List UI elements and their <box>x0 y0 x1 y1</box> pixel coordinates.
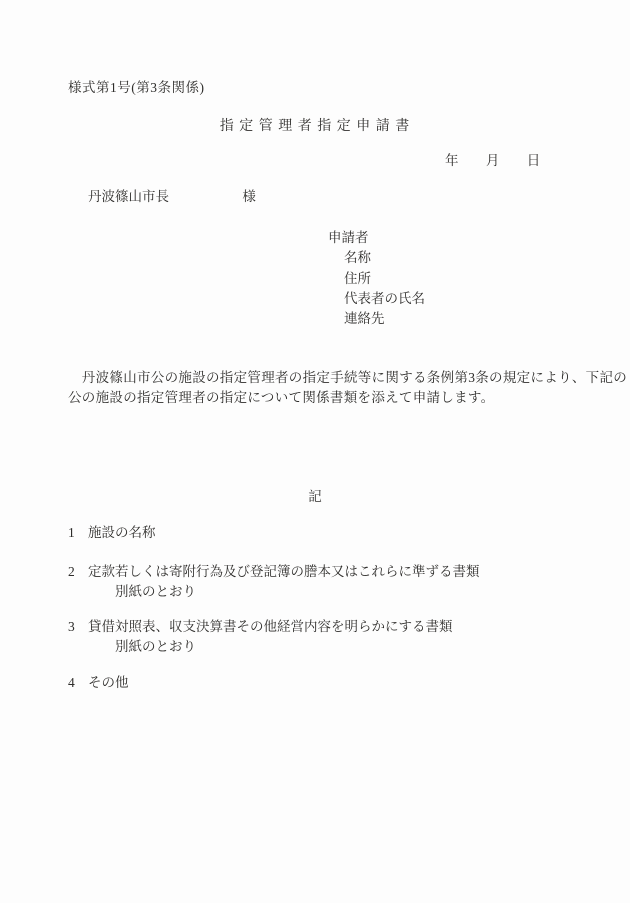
applicant-block: 申請者 名称 住所 代表者の氏名 連絡先 <box>328 228 425 329</box>
date-year-label: 年 <box>445 153 459 168</box>
applicant-field-contact: 連絡先 <box>344 309 425 329</box>
date-month-label: 月 <box>486 153 500 168</box>
applicant-field-name: 名称 <box>344 248 425 268</box>
item-list: 1施設の名称 2定款若しくは寄附行為及び登記簿の謄本又はこれらに準ずる書類 別紙… <box>68 523 578 693</box>
addressee-name: 丹波篠山市長 <box>88 189 169 204</box>
addressee-line: 丹波篠山市長 様 <box>88 188 256 206</box>
list-item-3-number: 3 <box>68 617 88 637</box>
document-page: 様式第1号(第3条関係) 指 定 管 理 者 指 定 申 請 書 年 月 日 丹… <box>0 0 630 903</box>
document-title: 指 定 管 理 者 指 定 申 請 書 <box>0 118 630 136</box>
list-item-2-subnote: 別紙のとおり <box>68 582 578 602</box>
list-item-2-line: 2定款若しくは寄附行為及び登記簿の謄本又はこれらに準ずる書類 <box>68 562 578 582</box>
body-paragraph-line-2: 公の施設の指定管理者の指定について関係書類を添えて申請します。 <box>68 388 578 408</box>
list-item-4-text: その他 <box>88 675 129 690</box>
list-item-2: 2定款若しくは寄附行為及び登記簿の謄本又はこれらに準ずる書類 別紙のとおり <box>68 562 578 602</box>
applicant-field-address: 住所 <box>344 269 425 289</box>
list-item-3-line: 3貸借対照表、収支決算書その他経営内容を明らかにする書類 <box>68 617 578 637</box>
form-number: 様式第1号(第3条関係) <box>68 79 205 97</box>
date-day-label: 日 <box>527 153 541 168</box>
list-item-2-text: 定款若しくは寄附行為及び登記簿の謄本又はこれらに準ずる書類 <box>88 564 480 579</box>
body-paragraph-line-1: 丹波篠山市公の施設の指定管理者の指定手続等に関する条例第3条の規定により、下記の <box>68 368 578 388</box>
list-item-3: 3貸借対照表、収支決算書その他経営内容を明らかにする書類 別紙のとおり <box>68 617 578 657</box>
applicant-label: 申請者 <box>328 228 425 248</box>
list-item-1-text: 施設の名称 <box>88 525 156 540</box>
list-item-1: 1施設の名称 <box>68 523 578 543</box>
list-item-4-number: 4 <box>68 673 88 693</box>
applicant-field-representative: 代表者の氏名 <box>344 289 425 309</box>
addressee-honorific: 様 <box>242 189 256 204</box>
list-item-3-subnote: 別紙のとおり <box>68 637 578 657</box>
list-item-2-number: 2 <box>68 562 88 582</box>
body-paragraph: 丹波篠山市公の施設の指定管理者の指定手続等に関する条例第3条の規定により、下記の… <box>68 368 578 409</box>
list-item-3-text: 貸借対照表、収支決算書その他経営内容を明らかにする書類 <box>88 619 453 634</box>
date-line: 年 月 日 <box>445 152 540 170</box>
list-heading: 記 <box>0 487 630 507</box>
applicant-fields: 名称 住所 代表者の氏名 連絡先 <box>344 248 425 329</box>
list-item-4: 4その他 <box>68 673 578 693</box>
list-item-1-number: 1 <box>68 523 88 543</box>
